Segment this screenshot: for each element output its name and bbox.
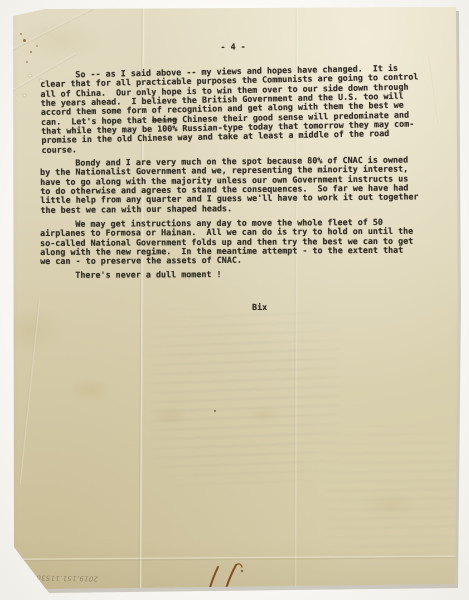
foxing-spot [20, 33, 22, 35]
foxing-spot [30, 51, 32, 53]
letter-page: - 4 - So -- as I said above -- my views … [0, 0, 469, 600]
left-edge-crease [19, 300, 40, 484]
paragraph-3: We may get instructions any day to move … [40, 217, 440, 266]
foxing-spot [23, 39, 26, 42]
paper-hole [28, 74, 32, 77]
signature: Bix [252, 302, 440, 312]
accession-number-pencil-note: 2019.151.1153d [26, 568, 98, 582]
paragraph-1: So -- as I said above -- my views and ho… [40, 63, 442, 155]
foxing-spot [36, 45, 38, 47]
show-through-text-patch-2 [325, 425, 455, 560]
paper-hole [23, 94, 26, 97]
foxing-spot [26, 61, 28, 63]
dark-speck [214, 410, 216, 412]
paragraph-2: Bondy and I are very much on the spot be… [40, 156, 441, 216]
page-number: - 4 - [40, 39, 426, 55]
photo-background: - 4 - So -- as I said above -- my views … [0, 0, 469, 600]
typed-text-block: - 4 - So -- as I said above -- my views … [40, 46, 440, 312]
show-through-text-patch-1 [150, 308, 340, 488]
ink-mark [195, 558, 255, 600]
closing-line: There's never a dull moment ! [40, 269, 440, 280]
